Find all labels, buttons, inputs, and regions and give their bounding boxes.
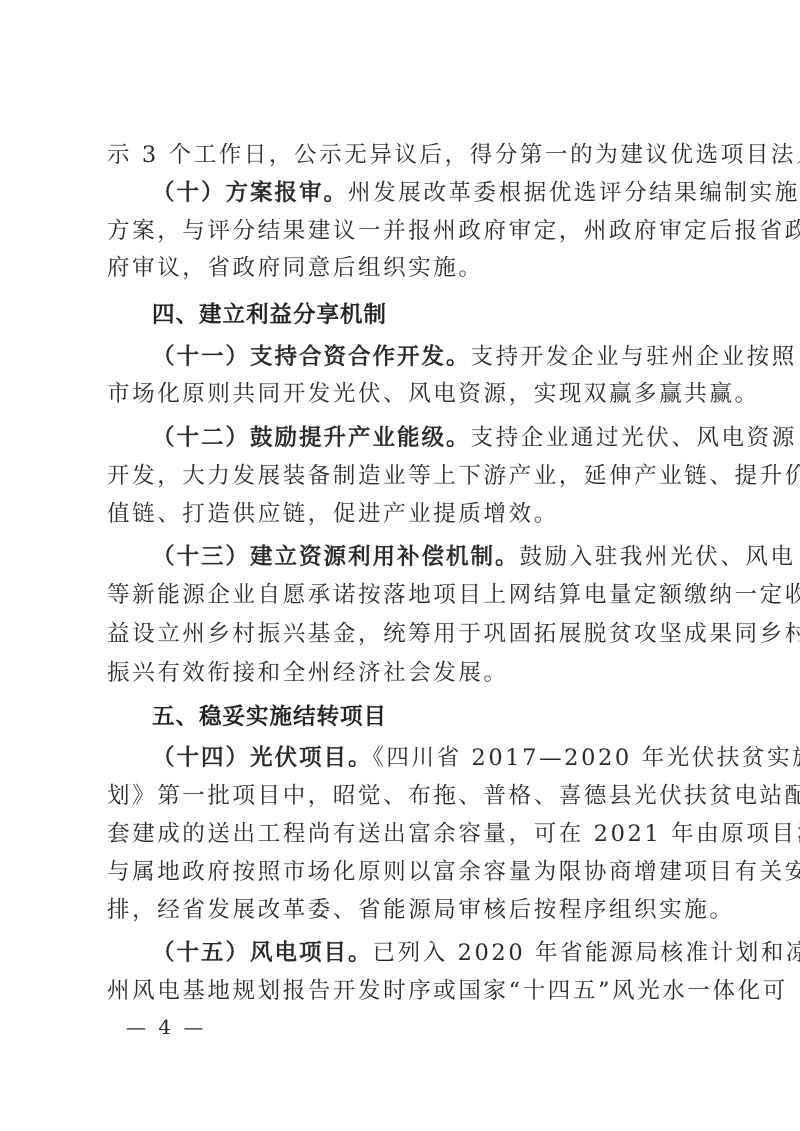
paragraph-line: 方案，与评分结果建议一并报州政府审定，州政府审定后报省政 <box>107 216 707 246</box>
paragraph-line: 开发，大力发展装备制造业等上下游产业，延伸产业链、提升价 <box>107 461 707 491</box>
item-text: 支持企业通过光伏、风电资源 <box>471 425 797 451</box>
page-number: — 4 — <box>126 1013 206 1041</box>
item-title: （十一）支持合资合作开发。 <box>152 344 471 370</box>
section-item-12: （十二）鼓励提升产业能级。支持企业通过光伏、风电资源 <box>152 423 707 453</box>
section-item-13: （十三）建立资源利用补偿机制。鼓励入驻我州光伏、风电 <box>152 542 707 572</box>
paragraph-line: 与属地政府按照市场化原则以富余容量为限协商增建项目有关安 <box>107 857 707 887</box>
paragraph-line: 州风电基地规划报告开发时序或国家“十四五”风光水一体化可 <box>107 976 707 1006</box>
item-title: （十五）风电项目。 <box>152 940 373 966</box>
section-heading-4: 四、建立利益分享机制 <box>152 300 752 330</box>
paragraph-line: 值链、打造供应链，促进产业提质增效。 <box>107 499 707 529</box>
section-item-11: （十一）支持合资合作开发。支持开发企业与驻州企业按照 <box>152 342 707 372</box>
section-item-15: （十五）风电项目。已列入 2020 年省能源局核准计划和凉山 <box>152 938 707 968</box>
paragraph-line: 划》第一批项目中，昭觉、布拖、普格、喜德县光伏扶贫电站配 <box>107 781 707 811</box>
paragraph-line: 示 3 个工作日，公示无异议后，得分第一的为建议优选项目法人。 <box>107 140 707 170</box>
item-text: 支持开发企业与驻州企业按照 <box>471 344 797 370</box>
paragraph-line: 排，经省发展改革委、省能源局审核后按程序组织实施。 <box>107 895 707 925</box>
paragraph-line: 市场化原则共同开发光伏、风电资源，实现双赢多赢共赢。 <box>107 379 707 409</box>
item-text: 鼓励入驻我州光伏、风电 <box>520 544 796 570</box>
item-text: 《四川省 2017—2020 年光伏扶贫实施计 <box>373 745 800 771</box>
item-title: （十）方案报审。 <box>152 180 348 206</box>
section-item-10: （十）方案报审。州发展改革委根据优选评分结果编制实施 <box>152 178 707 208</box>
paragraph-line: 等新能源企业自愿承诺按落地项目上网结算电量定额缴纳一定收 <box>107 580 707 610</box>
item-title: （十二）鼓励提升产业能级。 <box>152 425 471 451</box>
paragraph-line: 益设立州乡村振兴基金，统筹用于巩固拓展脱贫攻坚成果同乡村 <box>107 619 707 649</box>
item-title: （十四）光伏项目。 <box>152 745 373 771</box>
item-text: 已列入 2020 年省能源局核准计划和凉山 <box>373 940 800 966</box>
section-heading-5: 五、稳妥实施结转项目 <box>152 702 752 732</box>
paragraph-line: 套建成的送出工程尚有送出富余容量，可在 2021 年由原项目法人 <box>107 819 707 849</box>
item-text: 州发展改革委根据优选评分结果编制实施 <box>348 180 800 206</box>
paragraph-line: 振兴有效衔接和全州经济社会发展。 <box>107 658 707 688</box>
section-item-14: （十四）光伏项目。《四川省 2017—2020 年光伏扶贫实施计 <box>152 743 707 773</box>
item-title: （十三）建立资源利用补偿机制。 <box>152 544 520 570</box>
paragraph-line: 府审议，省政府同意后组织实施。 <box>107 253 707 283</box>
